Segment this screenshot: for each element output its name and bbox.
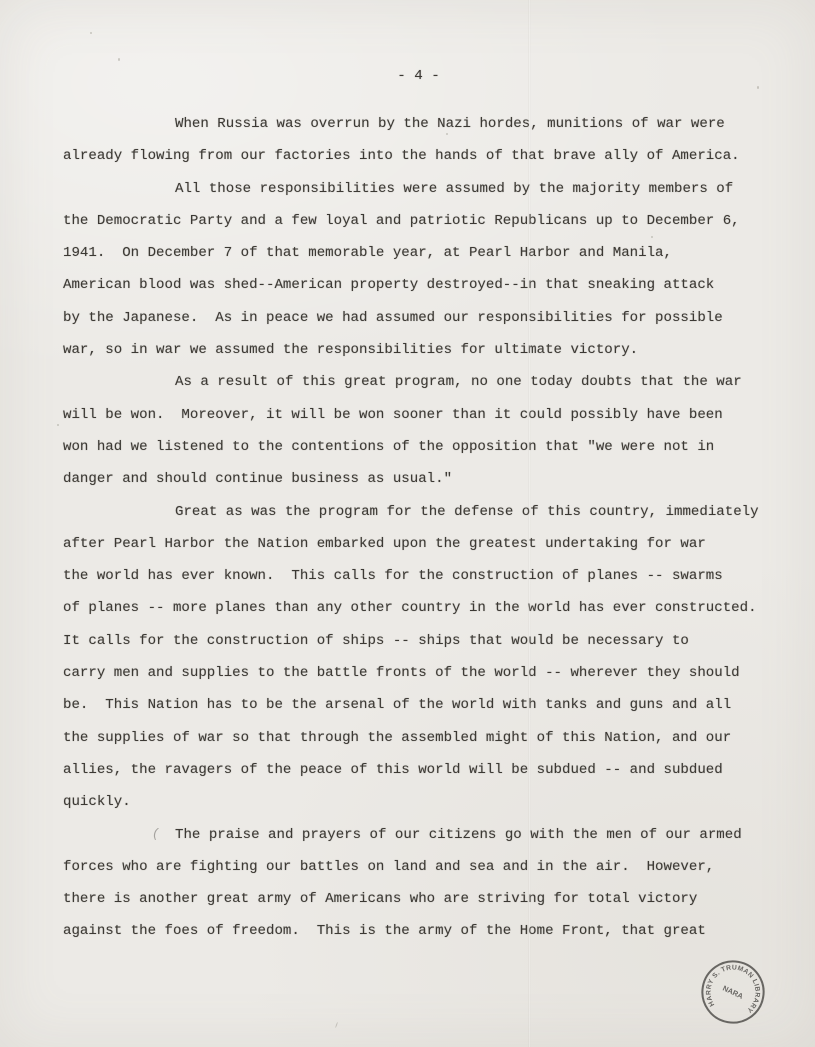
document-line: The praise and prayers of our citizens g… bbox=[63, 819, 775, 851]
document-line: quickly. bbox=[63, 786, 775, 818]
stamp-center-text: NARA bbox=[721, 984, 745, 1002]
document-body: When Russia was overrun by the Nazi hord… bbox=[63, 108, 775, 948]
document-line: already flowing from our factories into … bbox=[63, 140, 775, 172]
paper-speck bbox=[118, 58, 120, 61]
truman-library-stamp: HARRY S. TRUMAN LIBRARY NARA bbox=[699, 958, 767, 1026]
document-line: allies, the ravagers of the peace of thi… bbox=[63, 754, 775, 786]
paper-speck bbox=[90, 32, 92, 34]
document-line: the world has ever known. This calls for… bbox=[63, 560, 775, 592]
paper-speck bbox=[335, 1022, 338, 1028]
document-line: forces who are fighting our battles on l… bbox=[63, 851, 775, 883]
document-line: It calls for the construction of ships -… bbox=[63, 625, 775, 657]
document-line: there is another great army of Americans… bbox=[63, 883, 775, 915]
paper-speck bbox=[757, 86, 759, 89]
document-line: All those responsibilities were assumed … bbox=[63, 173, 775, 205]
document-line: be. This Nation has to be the arsenal of… bbox=[63, 689, 775, 721]
page-number: - 4 - bbox=[0, 68, 815, 84]
document-line: of planes -- more planes than any other … bbox=[63, 592, 775, 624]
document-line: the supplies of war so that through the … bbox=[63, 722, 775, 754]
document-line: danger and should continue business as u… bbox=[63, 463, 775, 495]
document-line: after Pearl Harbor the Nation embarked u… bbox=[63, 528, 775, 560]
paper-speck bbox=[651, 236, 653, 238]
document-line: by the Japanese. As in peace we had assu… bbox=[63, 302, 775, 334]
document-line: Great as was the program for the defense… bbox=[63, 496, 775, 528]
paper-speck bbox=[57, 424, 59, 426]
document-line: against the foes of freedom. This is the… bbox=[63, 915, 775, 947]
document-line: the Democratic Party and a few loyal and… bbox=[63, 205, 775, 237]
document-line: As a result of this great program, no on… bbox=[63, 366, 775, 398]
document-line: carry men and supplies to the battle fro… bbox=[63, 657, 775, 689]
document-line: 1941. On December 7 of that memorable ye… bbox=[63, 237, 775, 269]
document-page: - 4 - When Russia was overrun by the Naz… bbox=[0, 0, 815, 1047]
document-line: When Russia was overrun by the Nazi hord… bbox=[63, 108, 775, 140]
document-line: will be won. Moreover, it will be won so… bbox=[63, 399, 775, 431]
paper-speck bbox=[446, 133, 448, 135]
document-line: American blood was shed--American proper… bbox=[63, 269, 775, 301]
document-line: won had we listened to the contentions o… bbox=[63, 431, 775, 463]
stamp-graphic: HARRY S. TRUMAN LIBRARY NARA bbox=[686, 945, 781, 1040]
document-line: war, so in war we assumed the responsibi… bbox=[63, 334, 775, 366]
